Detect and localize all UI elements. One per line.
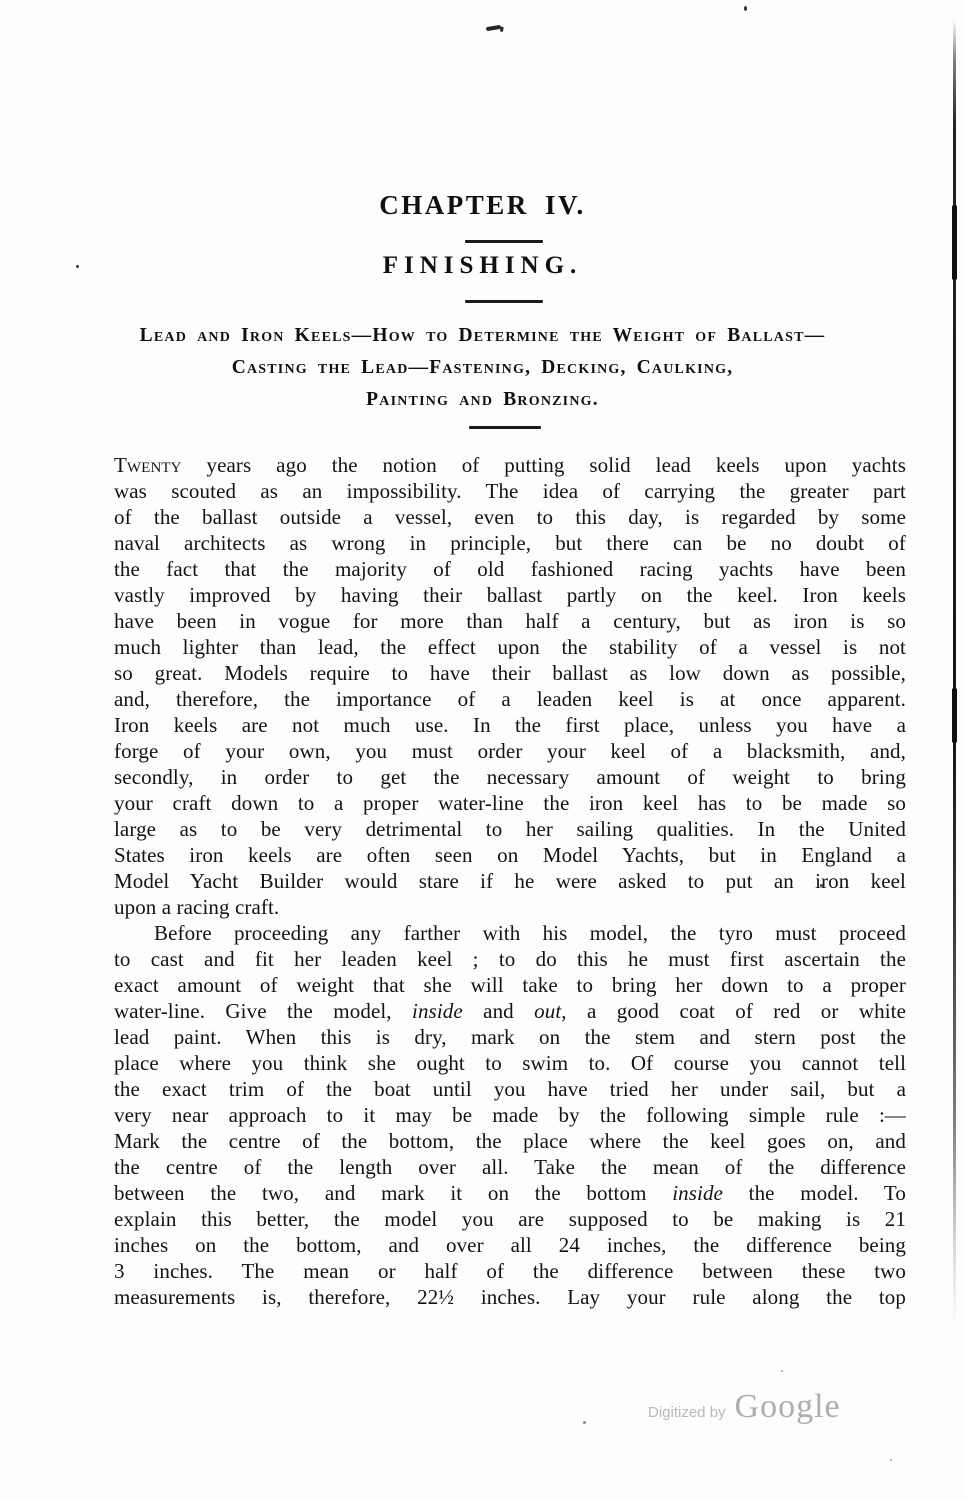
text-line: was scouted as an impossibility. The ide… — [114, 478, 906, 504]
google-logo: Google — [735, 1388, 841, 1426]
text-line: States iron keels are often seen on Mode… — [114, 842, 906, 868]
ink-speck — [890, 1459, 892, 1461]
text-line: so great. Models require to have their b… — [114, 660, 906, 686]
text-line: measurements is, therefore, 22½ inches. … — [114, 1284, 906, 1310]
text-line: lead paint. When this is dry, mark on th… — [114, 1024, 906, 1050]
text-line: place where you think she ought to swim … — [114, 1050, 906, 1076]
chapter-subtitle: Lead and Iron Keels—How to Determine the… — [0, 320, 965, 416]
digitized-by-label: Digitized by — [648, 1404, 726, 1421]
text-line: Twenty years ago the notion of putting s… — [114, 452, 906, 478]
digitization-watermark: Digitized by Google — [648, 1388, 841, 1426]
paragraph-1: Twenty years ago the notion of putting s… — [114, 452, 906, 920]
text-line: the fact that the majority of old fashio… — [114, 556, 906, 582]
heading-rule — [469, 426, 541, 429]
text-line: inches on the bottom, and over all 24 in… — [114, 1232, 906, 1258]
heading-rule — [465, 240, 543, 243]
text-line: to cast and fit her leaden keel ; to do … — [114, 946, 906, 972]
body-text: Twenty years ago the notion of putting s… — [114, 452, 906, 1310]
text-line: Mark the centre of the bottom, the place… — [114, 1128, 906, 1154]
subtitle-line: Painting and Bronzing. — [0, 384, 965, 416]
text-line: 3 inches. The mean or half of the differ… — [114, 1258, 906, 1284]
text-line: much lighter than lead, the effect upon … — [114, 634, 906, 660]
page-edge-line-blob — [952, 688, 957, 743]
text-line: very near approach to it may be made by … — [114, 1102, 906, 1128]
ink-speck — [583, 1421, 586, 1424]
text-line: naval architects as wrong in principle, … — [114, 530, 906, 556]
text-line: large as to be very detrimental to her s… — [114, 816, 906, 842]
scanned-book-page: CHAPTER IV. FINISHING. Lead and Iron Kee… — [0, 0, 965, 1500]
text-line: the centre of the length over all. Take … — [114, 1154, 906, 1180]
subtitle-line: Casting the Lead—Fastening, Decking, Cau… — [0, 352, 965, 384]
subtitle-line: Lead and Iron Keels—How to Determine the… — [0, 320, 965, 352]
text-line: water-line. Give the model, inside and o… — [114, 998, 906, 1024]
chapter-heading: CHAPTER IV. — [0, 190, 965, 221]
text-line: of the ballast outside a vessel, even to… — [114, 504, 906, 530]
text-line: upon a racing craft. — [114, 894, 906, 920]
ink-mark-top-center — [486, 25, 501, 31]
text-line: forge of your own, you must order your k… — [114, 738, 906, 764]
text-line: vastly improved by having their ballast … — [114, 582, 906, 608]
text-line: Iron keels are not much use. In the firs… — [114, 712, 906, 738]
paragraph-2: Before proceeding any farther with his m… — [114, 920, 906, 1310]
section-heading: FINISHING. — [0, 252, 965, 280]
ink-speck — [744, 6, 747, 11]
text-line: have been in vogue for more than half a … — [114, 608, 906, 634]
text-line: the exact trim of the boat until you hav… — [114, 1076, 906, 1102]
text-line: explain this better, the model you are s… — [114, 1206, 906, 1232]
ink-speck — [781, 1370, 783, 1372]
text-line: secondly, in order to get the necessary … — [114, 764, 906, 790]
text-line: your craft down to a proper water-line t… — [114, 790, 906, 816]
text-line: and, therefore, the importance of a lead… — [114, 686, 906, 712]
heading-rule — [465, 300, 543, 303]
text-line: Before proceeding any farther with his m… — [114, 920, 906, 946]
text-line: exact amount of weight that she will tak… — [114, 972, 906, 998]
text-line: between the two, and mark it on the bott… — [114, 1180, 906, 1206]
text-line: Model Yacht Builder would stare if he we… — [114, 868, 906, 894]
